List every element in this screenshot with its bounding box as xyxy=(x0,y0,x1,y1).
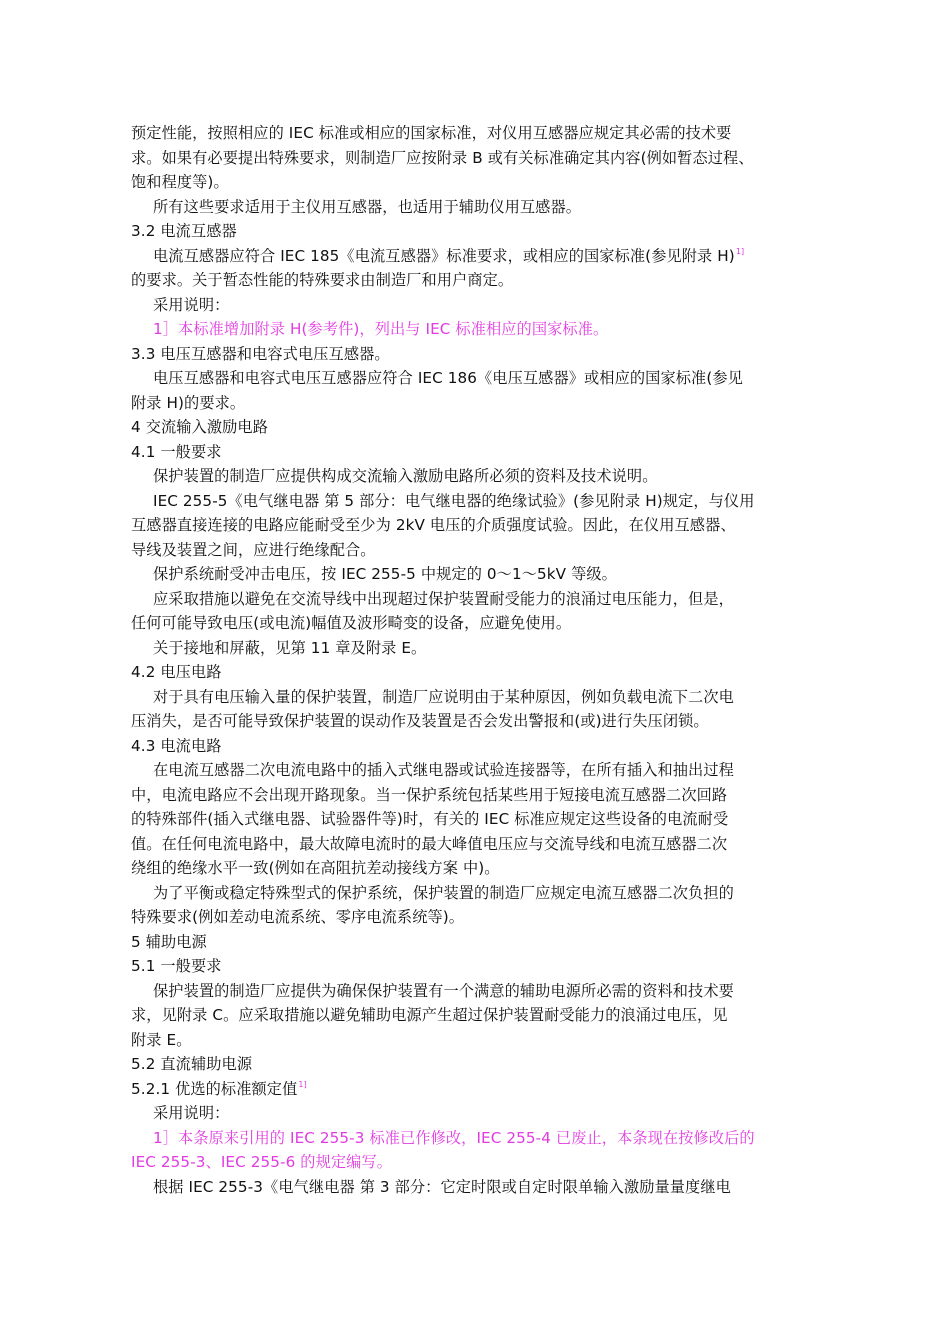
line-text: 预定性能，按照相应的 IEC 标准或相应的国家标准，对仪用互感器应规定其必需的技… xyxy=(131,124,731,142)
paragraph-line: 电压互感器和电容式电压互感器应符合 IEC 186《电压互感器》或相应的国家标准… xyxy=(131,366,787,391)
paragraph-line: 所有这些要求适用于主仪用互感器，也适用于辅助仪用互感器。 xyxy=(131,195,787,220)
line-text: 在电流互感器二次电流电路中的插入式继电器或试验连接器等，在所有插入和抽出过程 xyxy=(153,761,734,779)
paragraph-line: 应采取措施以避免在交流导线中出现超过保护装置耐受能力的浪涌过电压能力，但是， xyxy=(131,587,787,612)
line-text: 5.1 一般要求 xyxy=(131,957,222,975)
paragraph-line: 求，见附录 C。应采取措施以避免辅助电源产生超过保护装置耐受能力的浪涌过电压，见 xyxy=(131,1003,787,1028)
line-text: 3.3 电压互感器和电容式电压互感器。 xyxy=(131,345,390,363)
line-text: 求。如果有必要提出特殊要求，则制造厂应按附录 B 或有关标准确定其内容(例如暂态… xyxy=(131,149,754,167)
line-text: IEC 255-5《电气继电器 第 5 部分：电气继电器的绝缘试验》(参见附录 … xyxy=(153,492,755,510)
paragraph-line: 采用说明： xyxy=(131,1101,787,1126)
line-text: 1］本标准增加附录 H(参考件)，列出与 IEC 标准相应的国家标准。 xyxy=(153,320,608,338)
line-text: 采用说明： xyxy=(153,1104,229,1122)
paragraph-line: 的特殊部件(插入式继电器、试验器件等)时，有关的 IEC 标准应规定这些设备的电… xyxy=(131,807,787,832)
line-text: 4.3 电流电路 xyxy=(131,737,222,755)
line-text: 4.1 一般要求 xyxy=(131,443,222,461)
line-text: 5.2 直流辅助电源 xyxy=(131,1055,252,1073)
footnote-reference: 1] xyxy=(298,1080,306,1089)
paragraph-line: 根据 IEC 255-3《电气继电器 第 3 部分：它定时限或自定时限单输入激励… xyxy=(131,1175,787,1200)
line-text: 特殊要求(例如差动电流系统、零序电流系统等)。 xyxy=(131,908,464,926)
paragraph-line: 求。如果有必要提出特殊要求，则制造厂应按附录 B 或有关标准确定其内容(例如暂态… xyxy=(131,146,787,171)
footnote-reference: 1] xyxy=(736,247,744,256)
paragraph-line: 导线及装置之间，应进行绝缘配合。 xyxy=(131,538,787,563)
section-heading: 4 交流输入激励电路 xyxy=(131,415,787,440)
line-text: 值。在任何电流电路中，最大故障电流时的最大峰值电压应与交流导线和电流互感器二次 xyxy=(131,835,727,853)
line-text: 应采取措施以避免在交流导线中出现超过保护装置耐受能力的浪涌过电压能力，但是， xyxy=(153,590,734,608)
paragraph-line: 对于具有电压输入量的保护装置，制造厂应说明由于某种原因，例如负载电流下二次电 xyxy=(131,685,787,710)
paragraph-line: 预定性能，按照相应的 IEC 标准或相应的国家标准，对仪用互感器应规定其必需的技… xyxy=(131,121,787,146)
section-heading: 3.2 电流互感器 xyxy=(131,219,787,244)
line-text: 互感器直接连接的电路应能耐受至少为 2kV 电压的介质强度试验。因此，在仪用互感… xyxy=(131,516,736,534)
paragraph-line: 电流互感器应符合 IEC 185《电流互感器》标准要求，或相应的国家标准(参见附… xyxy=(131,244,787,269)
line-text: 采用说明： xyxy=(153,296,229,314)
line-text: 的要求。关于暂态性能的特殊要求由制造厂和用户商定。 xyxy=(131,271,513,289)
line-text: 1］本条原来引用的 IEC 255-3 标准已作修改，IEC 255-4 已废止… xyxy=(153,1129,755,1147)
line-text: 导线及装置之间，应进行绝缘配合。 xyxy=(131,541,376,559)
paragraph-line: 任何可能导致电压(或电流)幅值及波形畸变的设备，应避免使用。 xyxy=(131,611,787,636)
line-text: 饱和程度等)。 xyxy=(131,173,229,191)
line-text: 压消失，是否可能导致保护装置的误动作及装置是否会发出警报和(或)进行失压闭锁。 xyxy=(131,712,709,730)
line-text: 附录 E。 xyxy=(131,1031,192,1049)
line-text: 绕组的绝缘水平一致(例如在高阻抗差动接线方案 中)。 xyxy=(131,859,500,877)
line-text: IEC 255-3、IEC 255-6 的规定编写。 xyxy=(131,1153,392,1171)
paragraph-line: 绕组的绝缘水平一致(例如在高阻抗差动接线方案 中)。 xyxy=(131,856,787,881)
line-text: 对于具有电压输入量的保护装置，制造厂应说明由于某种原因，例如负载电流下二次电 xyxy=(153,688,734,706)
paragraph-line: 值。在任何电流电路中，最大故障电流时的最大峰值电压应与交流导线和电流互感器二次 xyxy=(131,832,787,857)
paragraph-line: 附录 E。 xyxy=(131,1028,787,1053)
paragraph-line: 保护装置的制造厂应提供为确保保护装置有一个满意的辅助电源所必需的资料和技术要 xyxy=(131,979,787,1004)
line-text: 电压互感器和电容式电压互感器应符合 IEC 186《电压互感器》或相应的国家标准… xyxy=(153,369,743,387)
line-text: 任何可能导致电压(或电流)幅值及波形畸变的设备，应避免使用。 xyxy=(131,614,571,632)
line-text: 电流互感器应符合 IEC 185《电流互感器》标准要求，或相应的国家标准(参见附… xyxy=(153,247,735,265)
line-text: 4.2 电压电路 xyxy=(131,663,222,681)
adoption-note-line: IEC 255-3、IEC 255-6 的规定编写。 xyxy=(131,1150,787,1175)
line-text: 保护系统耐受冲击电压，按 IEC 255-5 中规定的 0～1～5kV 等级。 xyxy=(153,565,617,583)
adoption-note-line: 1］本条原来引用的 IEC 255-3 标准已作修改，IEC 255-4 已废止… xyxy=(131,1126,787,1151)
line-text: 根据 IEC 255-3《电气继电器 第 3 部分：它定时限或自定时限单输入激励… xyxy=(153,1178,731,1196)
line-text: 的特殊部件(插入式继电器、试验器件等)时，有关的 IEC 标准应规定这些设备的电… xyxy=(131,810,728,828)
section-heading: 3.3 电压互感器和电容式电压互感器。 xyxy=(131,342,787,367)
paragraph-line: 的要求。关于暂态性能的特殊要求由制造厂和用户商定。 xyxy=(131,268,787,293)
line-text: 保护装置的制造厂应提供为确保保护装置有一个满意的辅助电源所必需的资料和技术要 xyxy=(153,982,734,1000)
paragraph-line: 关于接地和屏蔽，见第 11 章及附录 E。 xyxy=(131,636,787,661)
paragraph-line: 饱和程度等)。 xyxy=(131,170,787,195)
paragraph-line: 互感器直接连接的电路应能耐受至少为 2kV 电压的介质强度试验。因此，在仪用互感… xyxy=(131,513,787,538)
adoption-note-line: 1］本标准增加附录 H(参考件)，列出与 IEC 标准相应的国家标准。 xyxy=(131,317,787,342)
line-text: 4 交流输入激励电路 xyxy=(131,418,268,436)
line-text: 附录 H)的要求。 xyxy=(131,394,245,412)
line-text: 求，见附录 C。应采取措施以避免辅助电源产生超过保护装置耐受能力的浪涌过电压，见 xyxy=(131,1006,728,1024)
paragraph-line: 为了平衡或稳定特殊型式的保护系统，保护装置的制造厂应规定电流互感器二次负担的 xyxy=(131,881,787,906)
section-heading: 5.2.1 优选的标准额定值1] xyxy=(131,1077,787,1102)
section-heading: 5.2 直流辅助电源 xyxy=(131,1052,787,1077)
line-text: 5 辅助电源 xyxy=(131,933,207,951)
paragraph-line: IEC 255-5《电气继电器 第 5 部分：电气继电器的绝缘试验》(参见附录 … xyxy=(131,489,787,514)
paragraph-line: 在电流互感器二次电流电路中的插入式继电器或试验连接器等，在所有插入和抽出过程 xyxy=(131,758,787,783)
line-text: 3.2 电流互感器 xyxy=(131,222,237,240)
paragraph-line: 附录 H)的要求。 xyxy=(131,391,787,416)
section-heading: 5.1 一般要求 xyxy=(131,954,787,979)
section-heading: 4.2 电压电路 xyxy=(131,660,787,685)
line-text: 保护装置的制造厂应提供构成交流输入激励电路所必须的资料及技术说明。 xyxy=(153,467,658,485)
paragraph-line: 中，电流电路应不会出现开路现象。当一保护系统包括某些用于短接电流互感器二次回路 xyxy=(131,783,787,808)
line-text: 关于接地和屏蔽，见第 11 章及附录 E。 xyxy=(153,639,426,657)
paragraph-line: 特殊要求(例如差动电流系统、零序电流系统等)。 xyxy=(131,905,787,930)
document-page: 预定性能，按照相应的 IEC 标准或相应的国家标准，对仪用互感器应规定其必需的技… xyxy=(131,121,787,1199)
line-text: 5.2.1 优选的标准额定值 xyxy=(131,1080,297,1098)
section-heading: 4.3 电流电路 xyxy=(131,734,787,759)
section-heading: 5 辅助电源 xyxy=(131,930,787,955)
paragraph-line: 保护系统耐受冲击电压，按 IEC 255-5 中规定的 0～1～5kV 等级。 xyxy=(131,562,787,587)
line-text: 所有这些要求适用于主仪用互感器，也适用于辅助仪用互感器。 xyxy=(153,198,581,216)
paragraph-line: 压消失，是否可能导致保护装置的误动作及装置是否会发出警报和(或)进行失压闭锁。 xyxy=(131,709,787,734)
paragraph-line: 保护装置的制造厂应提供构成交流输入激励电路所必须的资料及技术说明。 xyxy=(131,464,787,489)
line-text: 为了平衡或稳定特殊型式的保护系统，保护装置的制造厂应规定电流互感器二次负担的 xyxy=(153,884,734,902)
paragraph-line: 采用说明： xyxy=(131,293,787,318)
line-text: 中，电流电路应不会出现开路现象。当一保护系统包括某些用于短接电流互感器二次回路 xyxy=(131,786,727,804)
section-heading: 4.1 一般要求 xyxy=(131,440,787,465)
